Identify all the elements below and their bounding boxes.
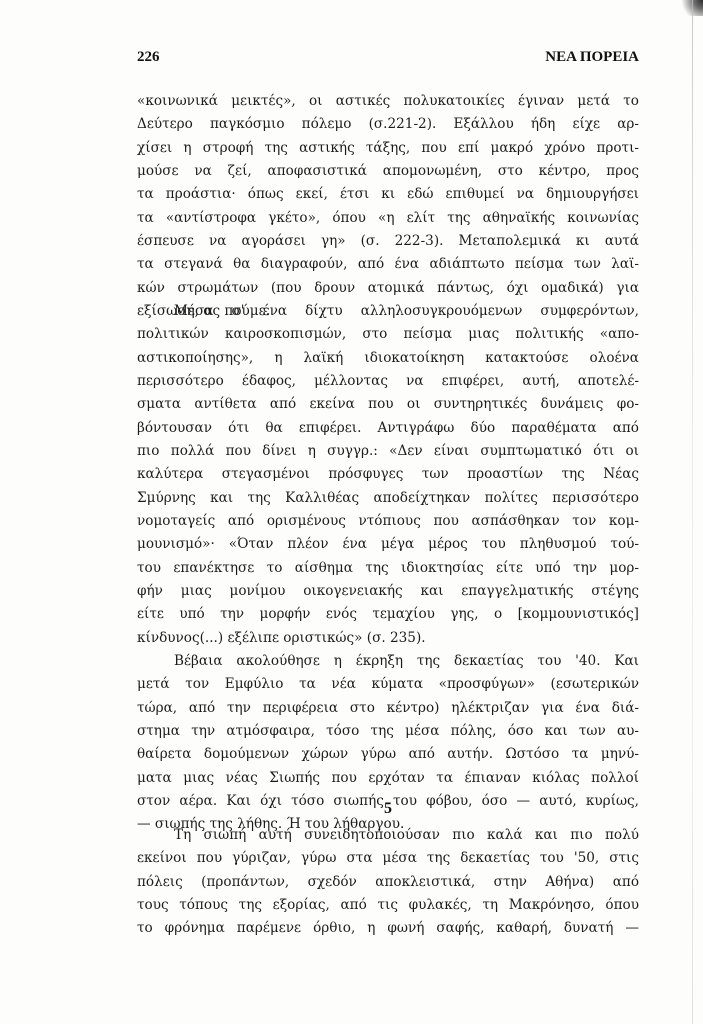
text-line: τώρα, από την περιφέρεια στο κέντρο) ηλέ… [137,697,639,720]
paragraph-2: Μέσα σ' ένα δίχτυ αλληλοσυγκρουόμενων συ… [137,300,639,650]
text-line: Μέσα σ' ένα δίχτυ αλληλοσυγκρουόμενων συ… [137,300,639,323]
text-line: Σμύρνης και της Καλλιθέας αποδείχτηκαν π… [137,487,639,510]
text-line: είτε υπό την μορφήν ενός τεμαχίου γης, ο… [137,603,639,626]
text-line: ματα μιας νέας Σιωπής που ερχόταν τα έπι… [137,767,639,790]
text-line: πόλεις (προπάντων, σχεδόν αποκλειστικά, … [137,871,639,894]
text-line: πιο πολλά που δίνει η συγγρ.: «Δεν είναι… [137,440,639,463]
text-line: το φρόνημα παρέμενε όρθιο, η φωνή σαφής,… [137,917,639,940]
text-line: καλύτερα στεγασμένοι πρόσφυγες των προασ… [137,463,639,486]
text-line: νομοταγείς από ορισμένους ντόπιους που α… [137,510,639,533]
text-line: τα «αντίστροφα γκέτο», όπου «η ελίτ της … [137,207,639,230]
text-line: βόντουσαν ότι θα επιφέρει. Αντιγράφω δύο… [137,417,639,440]
book-page: 226 ΝΕΑ ΠΟΡΕΙΑ «κοινωνικά μεικτές», οι α… [0,0,703,1024]
text-line: χίσει η στροφή της αστικής τάξης, που επ… [137,137,639,160]
scan-corner-shadow [679,0,703,16]
text-line: μούσε να ζεί, αποφασιστικά απομονωμένη, … [137,160,639,183]
text-line: περισσότερο έδαφος, μέλλοντας να επιφέρε… [137,370,639,393]
text-line: στημα την ατμόσφαιρα, τόσο της μέσα πόλη… [137,720,639,743]
page-number: 226 [137,49,160,66]
text-line: έσπευσε να αγοράσει γη» (σ. 222-3). Μετα… [137,230,639,253]
text-line: πολιτικών καιροσκοπισμών, στο πείσμα μια… [137,323,639,346]
paragraph-4: Τη σιωπή αυτή συνειδητοποιούσαν πιο καλά… [137,824,639,941]
text-line: Δεύτερο παγκόσμιο πόλεμο (σ.221-2). Εξάλ… [137,113,639,136]
text-line: τα στεγανά θα διαγραφούν, από ένα αδιάπτ… [137,253,639,276]
section-number: 5 [137,800,639,818]
running-title: ΝΕΑ ΠΟΡΕΙΑ [545,49,639,66]
text-line: μετά τον Εμφύλιο τα νέα κύματα «προσφύγω… [137,673,639,696]
text-line: του επανέκτησε το αίσθημα της ιδιοκτησία… [137,557,639,580]
text-line: σματα αντίθετα από εκείνα που οι συντηρη… [137,393,639,416]
text-line: αστικοποίησης», η λαϊκή ιδιοκατοίκηση κα… [137,347,639,370]
running-header: 226 ΝΕΑ ΠΟΡΕΙΑ [137,47,639,67]
text-line: εκείνοι που γύριζαν, γύρω στα μέσα της δ… [137,847,639,870]
text-line: μουνισμό»· «Όταν πλέον ένα μέγα μέρος το… [137,533,639,556]
paragraph-1: «κοινωνικά μεικτές», οι αστικές πολυκατο… [137,90,639,323]
text-line: θαίρετα δομούμενων χώρων γύρω από αυτήν.… [137,743,639,766]
text-line: Βέβαια ακολούθησε η έκρηξη της δεκαετίας… [137,650,639,673]
text-line: Τη σιωπή αυτή συνειδητοποιούσαν πιο καλά… [137,824,639,847]
page-edge-line [692,0,693,1024]
text-line: τα προάστια· όπως εκεί, έτσι κι εδώ επιθ… [137,183,639,206]
text-line: «κοινωνικά μεικτές», οι αστικές πολυκατο… [137,90,639,113]
text-line: κίνδυνος(...) εξέλιπε οριστικώς» (σ. 235… [137,627,639,650]
text-line: φήν μιας μονίμου οικογενειακής και επαγγ… [137,580,639,603]
text-line: κών στρωμάτων (που δρουν ατομικά πάντως,… [137,277,639,300]
text-line: τους τόπους της εξορίας, από τις φυλακές… [137,894,639,917]
